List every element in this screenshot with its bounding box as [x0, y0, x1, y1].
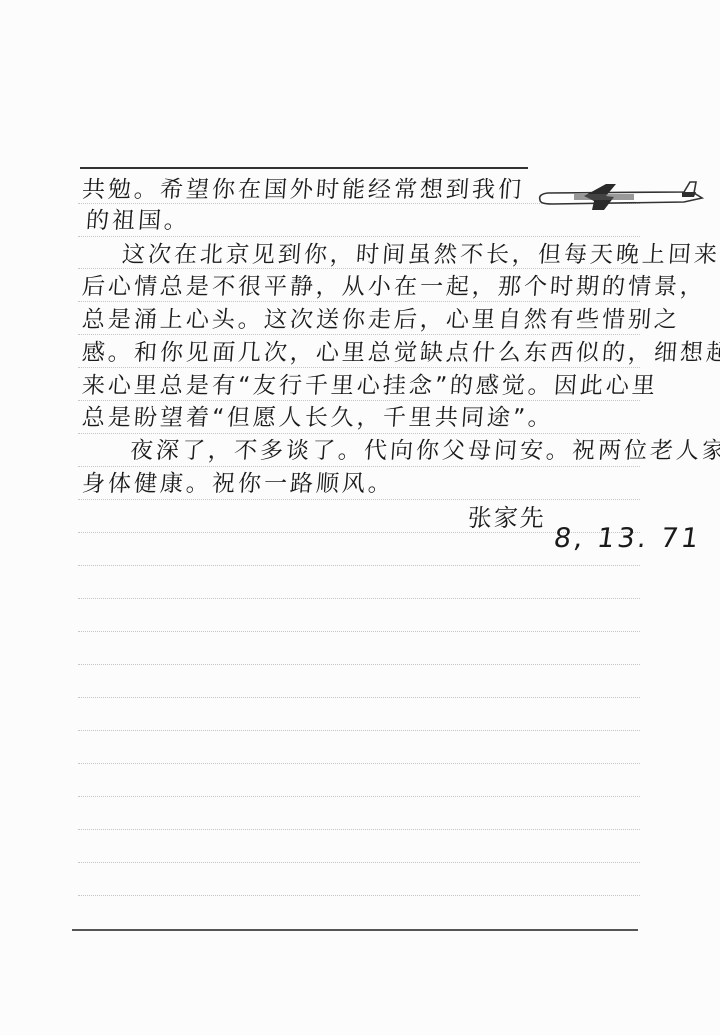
ruled-line: [78, 565, 640, 566]
letter-line-7: 来心里总是有“友行千里心挂念”的感觉。因此心里: [81, 371, 659, 401]
letter-line-4: 后心情总是不很平静，从小在一起，那个时期的情景，: [81, 272, 707, 302]
letter-line-1: 共勉。希望你在国外时能经常想到我们: [81, 175, 525, 205]
letter-line-3: 这次在北京见到你，时间虽然不长，但每天晚上回来: [121, 240, 720, 270]
bottom-divider: [72, 929, 638, 931]
letter-page: 共勉。希望你在国外时能经常想到我们 的祖国。 这次在北京见到你，时间虽然不长，但…: [0, 0, 720, 1035]
letter-line-9: 夜深了，不多谈了。代向你父母问安。祝两位老人家: [129, 436, 720, 466]
airplane-icon: [534, 178, 704, 214]
ruled-line: [78, 598, 640, 599]
ruled-line: [78, 796, 640, 797]
letter-line-5: 总是涌上心头。这次送你走后，心里自然有些惜别之: [81, 305, 681, 335]
letter-line-6: 感。和你见面几次，心里总觉缺点什么东西似的，细想起: [81, 338, 720, 368]
letter-line-10: 身体健康。祝你一路顺风。: [81, 469, 395, 499]
ruled-line: [78, 895, 640, 896]
ruled-line: [78, 631, 640, 632]
ruled-line: [78, 697, 640, 698]
ruled-line: [78, 466, 640, 467]
ruled-line: [78, 829, 640, 830]
letter-line-2: 的祖国。: [85, 206, 191, 236]
ruled-line: [78, 433, 640, 434]
signature: 张家先: [467, 498, 547, 533]
ruled-line: [78, 763, 640, 764]
ruled-line: [78, 664, 640, 665]
ruled-line: [78, 730, 640, 731]
ruled-line: [78, 862, 640, 863]
top-divider: [80, 167, 528, 169]
ruled-line: [78, 236, 640, 237]
letter-date: 8, 13. 71: [552, 523, 704, 554]
letter-line-8: 总是盼望着“但愿人长久，千里共同途”。: [81, 403, 555, 433]
ruled-line: [78, 499, 640, 500]
